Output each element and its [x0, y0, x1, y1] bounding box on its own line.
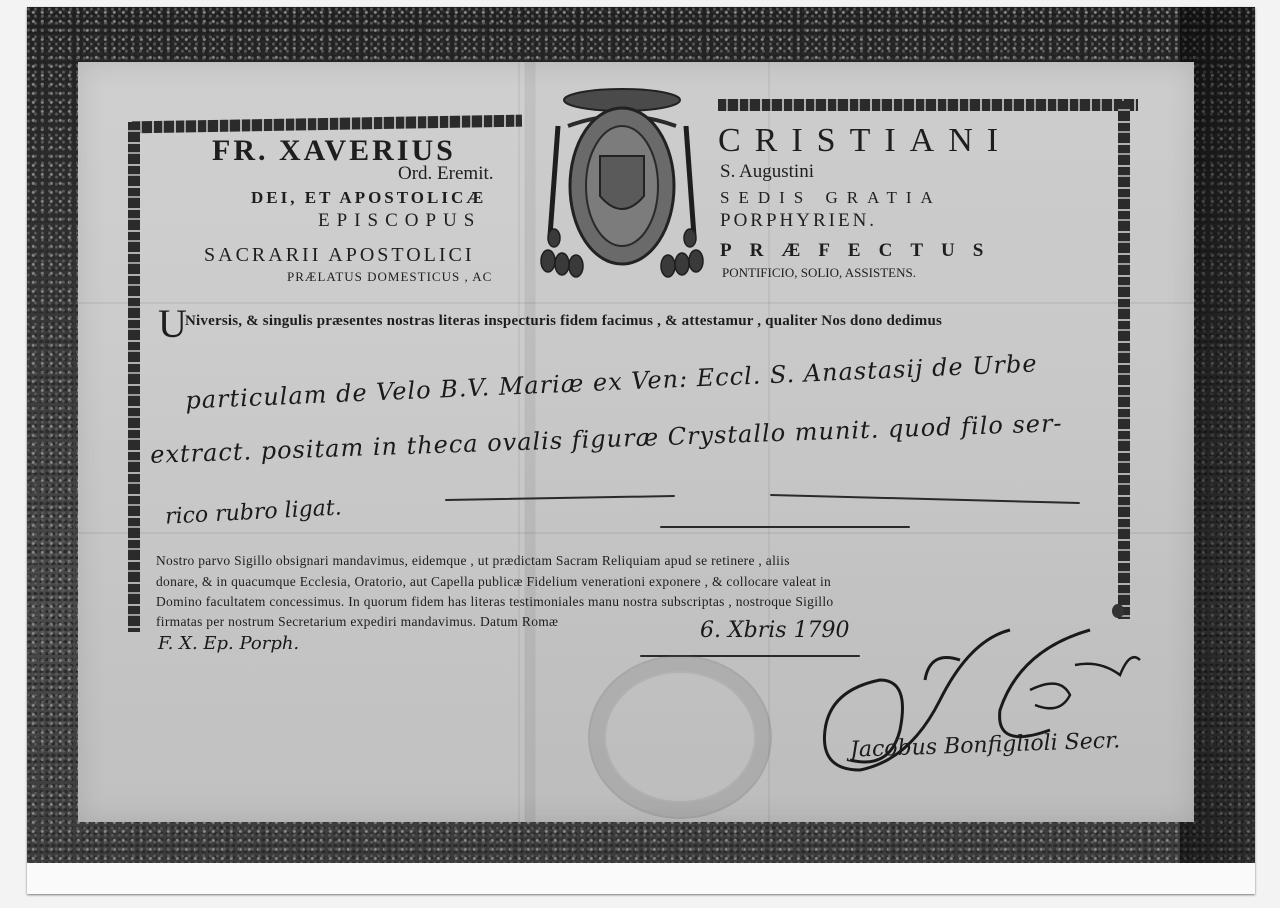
ornamental-border-top-right: [718, 99, 1138, 111]
ink-stroke: [660, 526, 910, 528]
title-line-2-left: EPISCOPUS: [318, 210, 481, 232]
title-line-1-right: SEDIS GRATIA: [720, 188, 942, 208]
small-ink-stamp: [1112, 604, 1124, 618]
issuer-surname: CRISTIANI: [718, 122, 1012, 160]
ornamental-border-right: [1118, 101, 1130, 619]
embossed-seal-icon: [588, 655, 772, 819]
coat-of-arms-icon: [538, 86, 706, 278]
title-line-1-left: DEI, ET APOSTOLICÆ: [251, 188, 486, 208]
title-line-3-left: SACRARII APOSTOLICI: [204, 244, 475, 267]
title-line-4-left: PRÆLATUS DOMESTICUS , AC: [287, 269, 492, 285]
decorated-initial: U: [158, 300, 187, 347]
left-initials-signature: F. X. Ep. Porph.: [158, 633, 299, 654]
paper-fold-line: [78, 532, 1194, 534]
body-line-1: Nostro parvo Sigillo obsignari mandavimu…: [156, 553, 790, 569]
title-line-4-right: PONTIFICIO, SOLIO, ASSISTENS.: [722, 265, 916, 281]
title-line-3-right: PRÆFECTUS: [720, 240, 1001, 262]
body-line-2: donare, & in quacumque Ecclesia, Oratori…: [156, 574, 831, 590]
order-name: S. Augustini: [720, 161, 814, 183]
body-line-3: Domino facultatem concessimus. In quorum…: [156, 594, 833, 610]
body-line-4: firmatas per nostrum Secretarium expedir…: [156, 614, 558, 630]
signature-flourish-icon: [820, 620, 1160, 790]
paper-fold-line: [78, 302, 1194, 304]
intro-text: Niversis, & singulis præsentes nostras l…: [185, 313, 942, 330]
order-label: Ord. Eremit.: [398, 163, 494, 185]
title-line-2-right: PORPHYRIEN.: [720, 210, 877, 232]
ornamental-border-left: [128, 122, 140, 632]
